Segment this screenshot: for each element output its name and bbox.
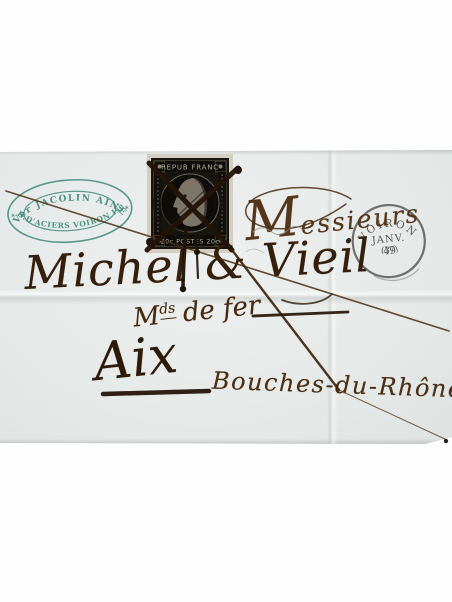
cachet-ornament-right-icon: ✶ bbox=[124, 204, 131, 212]
profession-superscript: ds bbox=[158, 300, 176, 320]
paper-speck bbox=[444, 439, 448, 443]
cachet-ornament-left-icon: ✶ bbox=[10, 212, 17, 220]
destination-town: Aix bbox=[92, 329, 180, 389]
letter-photo: Ver JACOLIN AINE FAB.D'ACIERS VOIRON Isè… bbox=[0, 0, 452, 602]
